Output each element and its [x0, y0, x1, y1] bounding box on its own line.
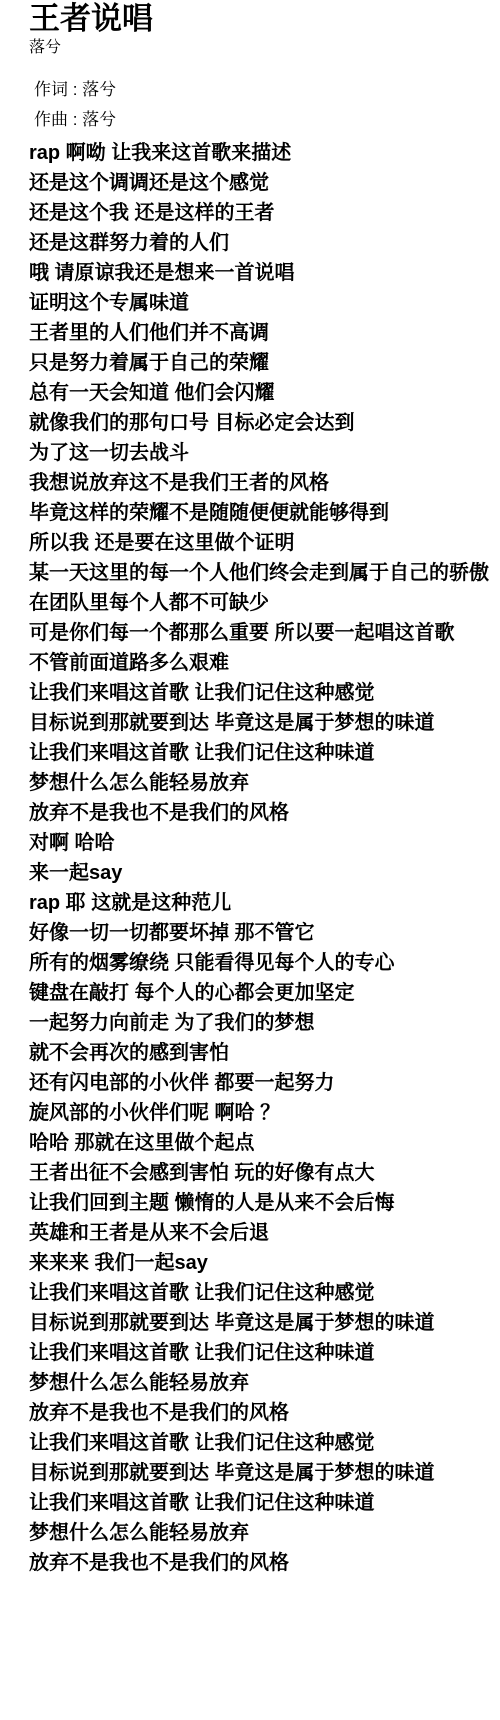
lyric-line: 证明这个专属味道	[29, 288, 500, 318]
lyric-line: 哦 请原谅我还是想来一首说唱	[29, 258, 500, 288]
lyric-line: 总有一天会知道 他们会闪耀	[29, 378, 500, 408]
lyric-line: 王者里的人们他们并不高调	[29, 318, 500, 348]
lyric-line: 所以我 还是要在这里做个证明	[29, 528, 500, 558]
lyric-line: 王者出征不会感到害怕 玩的好像有点大	[29, 1158, 500, 1188]
lyric-line: 梦想什么怎么能轻易放弃	[29, 1368, 500, 1398]
lyric-line: 来一起say	[29, 858, 500, 888]
lyric-line: 只是努力着属于自己的荣耀	[29, 348, 500, 378]
lyric-line: 目标说到那就要到达 毕竟这是属于梦想的味道	[29, 1308, 500, 1338]
lyric-line: 所有的烟雾缭绕 只能看得见每个人的专心	[29, 948, 500, 978]
lyric-line: 为了这一切去战斗	[29, 438, 500, 468]
lyric-line: 还有闪电部的小伙伴 都要一起努力	[29, 1068, 500, 1098]
lyric-line: 就像我们的那句口号 目标必定会达到	[29, 408, 500, 438]
lyric-line: 可是你们每一个都那么重要 所以要一起唱这首歌	[29, 618, 500, 648]
lyric-line: 放弃不是我也不是我们的风格	[29, 1548, 500, 1578]
artist-name: 落兮	[29, 38, 500, 58]
lyric-line: 让我们来唱这首歌 让我们记住这种味道	[29, 1488, 500, 1518]
lyric-line: 放弃不是我也不是我们的风格	[29, 1398, 500, 1428]
lyric-line: 还是这个我 还是这样的王者	[29, 198, 500, 228]
lyric-line: 在团队里每个人都不可缺少	[29, 588, 500, 618]
lyric-line: 还是这个调调还是这个感觉	[29, 168, 500, 198]
lyric-line: 就不会再次的感到害怕	[29, 1038, 500, 1068]
lyric-line: rap 啊呦 让我来这首歌来描述	[29, 138, 500, 168]
lyric-line: 一起努力向前走 为了我们的梦想	[29, 1008, 500, 1038]
lyric-line: 哈哈 那就在这里做个起点	[29, 1128, 500, 1158]
lyric-line: 好像一切一切都要坏掉 那不管它	[29, 918, 500, 948]
lyric-line: 梦想什么怎么能轻易放弃	[29, 768, 500, 798]
lyric-line: 某一天这里的每一个人他们终会走到属于自己的骄傲	[29, 558, 500, 588]
credits-block: 作词 : 落兮作曲 : 落兮	[34, 75, 500, 135]
lyric-line: 键盘在敲打 每个人的心都会更加坚定	[29, 978, 500, 1008]
lyric-line: 目标说到那就要到达 毕竟这是属于梦想的味道	[29, 708, 500, 738]
lyric-line: 让我们回到主题 懒惰的人是从来不会后悔	[29, 1188, 500, 1218]
lyrics-page: 王者说唱 落兮 作词 : 落兮作曲 : 落兮 rap 啊呦 让我来这首歌来描述还…	[0, 0, 500, 1720]
lyric-line: rap 耶 这就是这种范儿	[29, 888, 500, 918]
lyric-line: 梦想什么怎么能轻易放弃	[29, 1518, 500, 1548]
song-title: 王者说唱	[29, 2, 500, 36]
lyric-line: 旋风部的小伙伴们呢 啊哈 ？	[29, 1098, 500, 1128]
lyric-line: 来来来 我们一起say	[29, 1248, 500, 1278]
lyric-line: 放弃不是我也不是我们的风格	[29, 798, 500, 828]
lyrics-block: rap 啊呦 让我来这首歌来描述还是这个调调还是这个感觉还是这个我 还是这样的王…	[29, 138, 500, 1578]
credit-line: 作词 : 落兮	[34, 75, 500, 105]
lyric-line: 让我们来唱这首歌 让我们记住这种感觉	[29, 1428, 500, 1458]
credit-line: 作曲 : 落兮	[34, 105, 500, 135]
lyric-line: 英雄和王者是从来不会后退	[29, 1218, 500, 1248]
lyric-line: 让我们来唱这首歌 让我们记住这种味道	[29, 738, 500, 768]
lyric-line: 还是这群努力着的人们	[29, 228, 500, 258]
lyric-line: 让我们来唱这首歌 让我们记住这种感觉	[29, 678, 500, 708]
lyric-line: 让我们来唱这首歌 让我们记住这种感觉	[29, 1278, 500, 1308]
lyric-line: 毕竟这样的荣耀不是随随便便就能够得到	[29, 498, 500, 528]
lyric-line: 对啊 哈哈	[29, 828, 500, 858]
lyric-line: 目标说到那就要到达 毕竟这是属于梦想的味道	[29, 1458, 500, 1488]
lyric-line: 我想说放弃这不是我们王者的风格	[29, 468, 500, 498]
lyric-line: 让我们来唱这首歌 让我们记住这种味道	[29, 1338, 500, 1368]
lyric-line: 不管前面道路多么艰难	[29, 648, 500, 678]
